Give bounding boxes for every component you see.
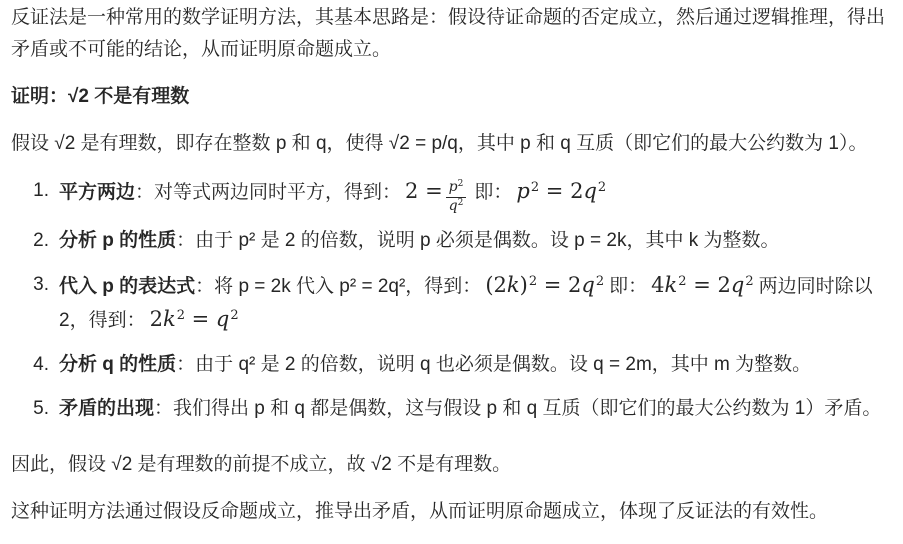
math-exponent: 2 bbox=[678, 274, 686, 289]
step-text: ：我们得出 p 和 q 都是偶数，这与假设 p 和 q 互质（即它们的最大公约数… bbox=[154, 398, 881, 419]
math-token: = 2 bbox=[537, 273, 581, 297]
step-text: 即： bbox=[474, 182, 512, 203]
closing-paragraph: 这种证明方法通过假设反命题成立，推导出矛盾，从而证明原命题成立，体现了反证法的有… bbox=[11, 496, 889, 528]
proof-heading: 证明：√2 不是有理数 bbox=[11, 81, 889, 113]
math-var: q bbox=[216, 307, 229, 331]
math-var: q bbox=[581, 273, 594, 297]
math-token: ) bbox=[520, 273, 528, 297]
step-text: 即： bbox=[609, 276, 647, 297]
math-exponent: 2 bbox=[230, 308, 238, 323]
step-item-3: 3.代入 p 的表达式：将 p = 2k 代入 p² = 2q²，得到：(2k)… bbox=[11, 269, 889, 337]
assumption-paragraph: 假设 √2 是有理数，即存在整数 p 和 q，使得 √2 = p/q，其中 p … bbox=[11, 128, 889, 160]
step-text: ：由于 q² 是 2 的倍数，说明 q 也必须是偶数。设 q = 2m，其中 m… bbox=[176, 354, 811, 375]
math-exponent: 2 bbox=[458, 179, 464, 189]
math-var: p bbox=[449, 179, 458, 195]
step-number: 1. bbox=[11, 175, 49, 207]
conclusion-paragraph: 因此，假设 √2 是有理数的前提不成立，故 √2 不是有理数。 bbox=[11, 449, 889, 481]
math-token: = 2 bbox=[539, 179, 583, 203]
step-text: ：由于 p² 是 2 的倍数，说明 p 必须是偶数。设 p = 2k，其中 k … bbox=[176, 230, 779, 251]
math-exponent: 2 bbox=[529, 274, 537, 289]
math-var: q bbox=[449, 198, 458, 214]
math-token: 2 = bbox=[405, 179, 443, 203]
math-exponent: 2 bbox=[596, 274, 604, 289]
math-token: (2 bbox=[485, 273, 507, 297]
math-token: = bbox=[185, 307, 216, 331]
step-number: 2. bbox=[11, 225, 49, 257]
fraction-numerator: p2 bbox=[446, 180, 467, 198]
step-item-5: 5.矛盾的出现：我们得出 p 和 q 都是偶数，这与假设 p 和 q 互质（即它… bbox=[11, 393, 889, 425]
step-label: 代入 p 的表达式 bbox=[59, 276, 195, 297]
math-exponent: 2 bbox=[177, 308, 185, 323]
math-var: q bbox=[583, 179, 596, 203]
math-token: 4 bbox=[651, 273, 664, 297]
math-var: k bbox=[163, 307, 176, 331]
math-token: = 2 bbox=[687, 273, 731, 297]
step-item-2: 2.分析 p 的性质：由于 p² 是 2 的倍数，说明 p 必须是偶数。设 p … bbox=[11, 225, 889, 257]
step-text: ：对等式两边同时平方，得到： bbox=[135, 182, 401, 203]
step-item-4: 4.分析 q 的性质：由于 q² 是 2 的倍数，说明 q 也必须是偶数。设 q… bbox=[11, 349, 889, 381]
step-number: 5. bbox=[11, 393, 49, 425]
math-token: 2 bbox=[150, 307, 163, 331]
math-var: k bbox=[507, 273, 520, 297]
step-number: 3. bbox=[11, 269, 49, 301]
step-label: 矛盾的出现 bbox=[59, 398, 154, 419]
math-expression: (2k)2 = 2q2 bbox=[485, 273, 604, 297]
step-text: ：将 p = 2k 代入 p² = 2q²，得到： bbox=[195, 276, 481, 297]
math-var: k bbox=[665, 273, 678, 297]
step-item-1: 1.平方两边：对等式两边同时平方，得到：2 =p2q2即：p2 = 2q2 bbox=[11, 175, 889, 213]
math-expression: p2 = 2q2 bbox=[516, 179, 606, 203]
math-expression: 2k2 = q2 bbox=[150, 307, 239, 331]
math-var: p bbox=[516, 179, 529, 203]
fraction: p2q2 bbox=[446, 180, 467, 213]
math-exponent: 2 bbox=[745, 274, 753, 289]
math-exponent: 2 bbox=[458, 198, 464, 208]
math-expression: 4k2 = 2q2 bbox=[651, 273, 753, 297]
intro-paragraph: 反证法是一种常用的数学证明方法，其基本思路是：假设待证命题的否定成立，然后通过逻… bbox=[11, 2, 889, 66]
math-var: q bbox=[731, 273, 744, 297]
math-expression-fraction: 2 =p2q2 bbox=[405, 179, 469, 203]
step-label: 平方两边 bbox=[59, 182, 135, 203]
step-number: 4. bbox=[11, 349, 49, 381]
proof-steps-list: 1.平方两边：对等式两边同时平方，得到：2 =p2q2即：p2 = 2q2 2.… bbox=[11, 175, 889, 425]
step-label: 分析 q 的性质 bbox=[59, 354, 176, 375]
step-label: 分析 p 的性质 bbox=[59, 230, 176, 251]
fraction-denominator: q2 bbox=[446, 198, 467, 214]
math-exponent: 2 bbox=[598, 180, 606, 195]
math-exponent: 2 bbox=[531, 180, 539, 195]
document: 反证法是一种常用的数学证明方法，其基本思路是：假设待证命题的否定成立，然后通过逻… bbox=[0, 0, 903, 528]
